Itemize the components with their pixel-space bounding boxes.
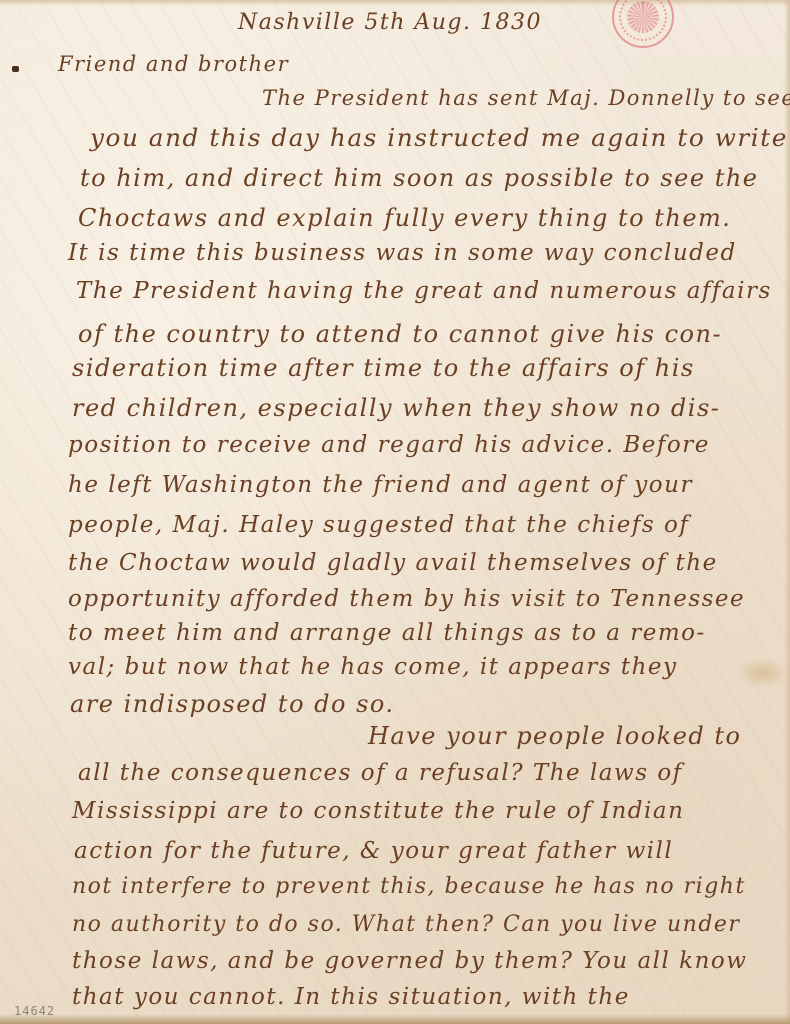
letter-line: action for the future, & your great fath…	[74, 838, 673, 864]
page-bottom-edge	[0, 1014, 790, 1024]
letter-heading: Nashville 5th Aug. 1830	[238, 10, 542, 35]
letter-line: the Choctaw would gladly avail themselve…	[68, 550, 718, 576]
letter-line: val; but now that he has come, it appear…	[68, 654, 678, 680]
letter-line: position to receive and regard his advic…	[68, 432, 710, 458]
letter-line: no authority to do so. What then? Can yo…	[72, 912, 740, 937]
letter-line: you and this day has instructed me again…	[90, 124, 788, 152]
library-stamp-icon	[612, 0, 674, 48]
paper-stain	[735, 658, 790, 688]
letter-salutation: Friend and brother	[58, 52, 289, 76]
letter-line: those laws, and be governed by them? You…	[72, 948, 747, 974]
letter-line: all the consequences of a refusal? The l…	[78, 760, 683, 786]
letter-line: to meet him and arrange all things as to…	[68, 620, 706, 646]
letter-line: opportunity afforded them by his visit t…	[68, 586, 745, 612]
letter-line: he left Washington the friend and agent …	[68, 472, 693, 498]
page-right-edge	[784, 0, 790, 1024]
letter-line: not interfere to prevent this, because h…	[72, 874, 746, 899]
letter-line: of the country to attend to cannot give …	[78, 320, 722, 348]
letter-line: people, Maj. Haley suggested that the ch…	[68, 512, 689, 538]
letter-line: Mississippi are to constitute the rule o…	[72, 798, 684, 824]
stamp-dotted-ring	[619, 0, 667, 41]
margin-ink-mark	[12, 66, 19, 72]
letter-line: The President has sent Maj. Donnelly to …	[262, 86, 790, 110]
letter-line: that you cannot. In this situation, with…	[72, 984, 630, 1010]
letter-line: Choctaws and explain fully every thing t…	[78, 204, 731, 232]
letter-line: to him, and direct him soon as possible …	[80, 164, 759, 192]
letter-line: Have your people looked to	[368, 722, 742, 750]
manuscript-page: Nashville 5th Aug. 1830 Friend and broth…	[0, 0, 790, 1024]
letter-line: are indisposed to do so.	[70, 690, 395, 718]
letter-line: red children, especially when they show …	[72, 394, 720, 422]
letter-line: sideration time after time to the affair…	[72, 354, 695, 382]
letter-line: The President having the great and numer…	[76, 278, 772, 304]
catalog-number: 14642	[14, 1004, 55, 1018]
letter-line: It is time this business was in some way…	[68, 240, 737, 266]
